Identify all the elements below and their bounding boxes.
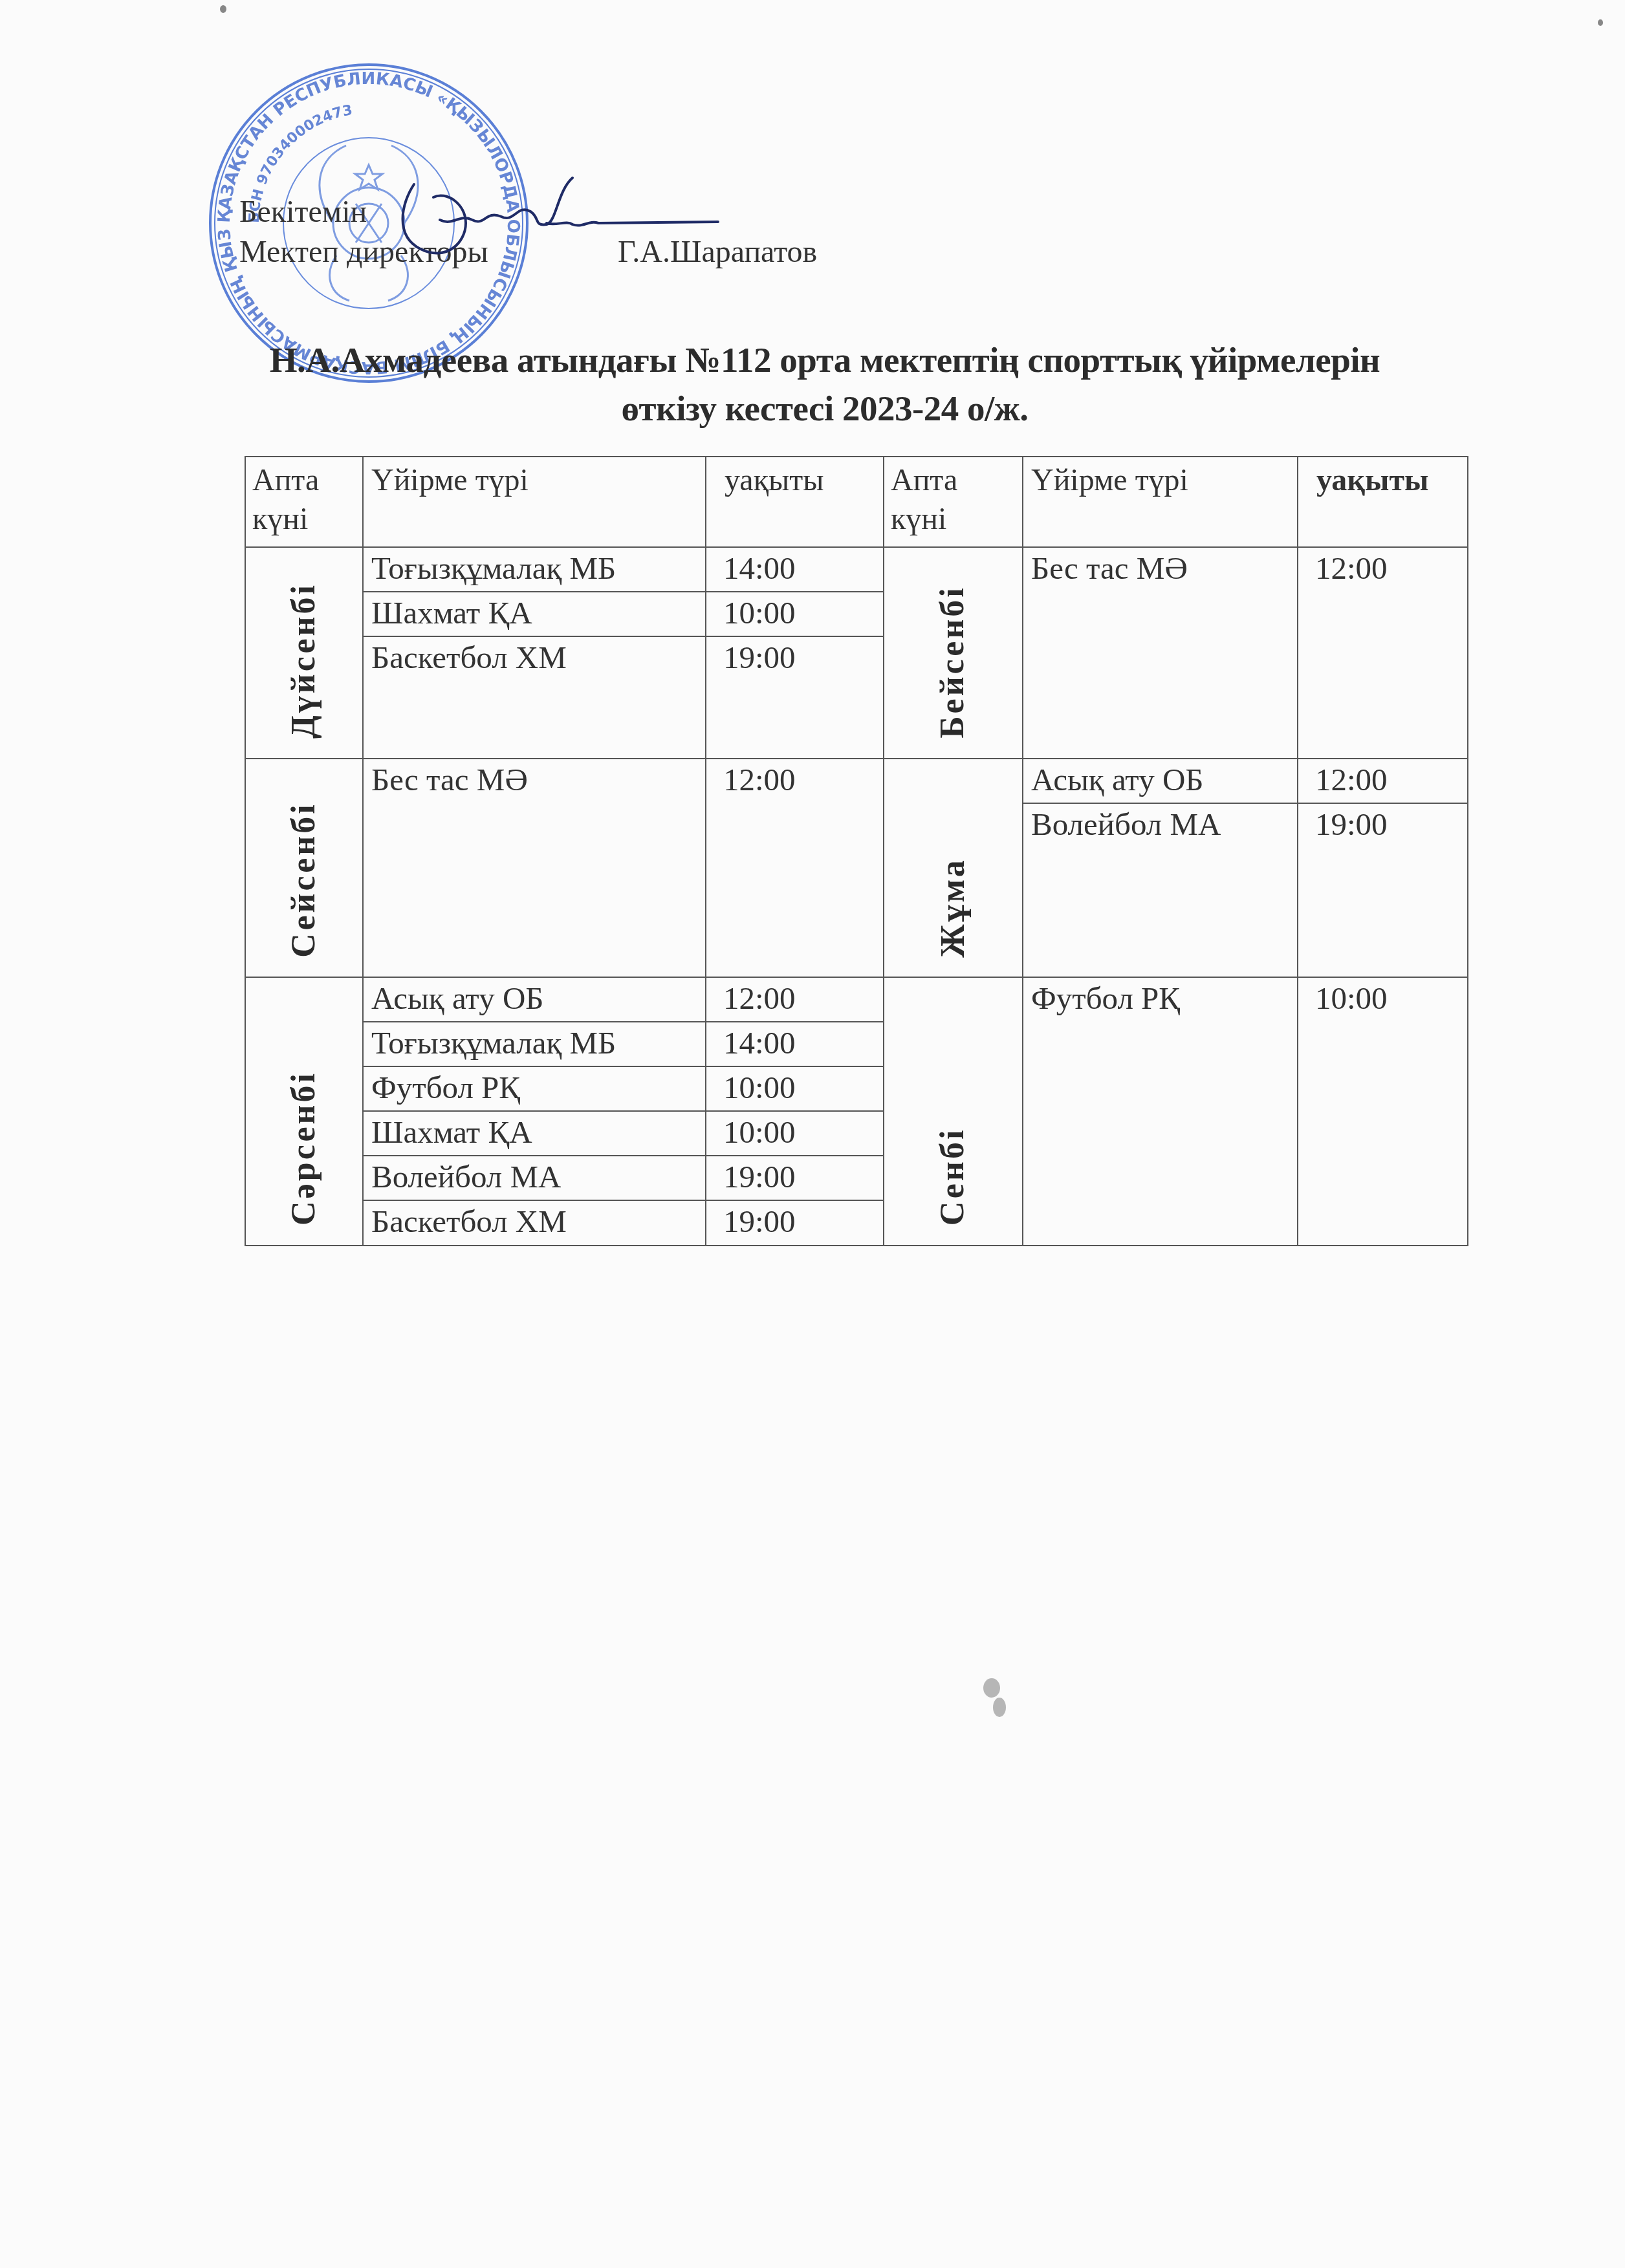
scan-speck [220,5,226,13]
table-rule [362,1110,884,1112]
header-day: Апта [891,461,957,500]
scan-speck [983,1678,1000,1698]
club-time: 10:00 [723,594,796,632]
table-rule [705,456,706,1246]
club-time: 10:00 [1315,979,1388,1018]
club-name: Асық ату ОБ [1031,761,1203,799]
club-time: 12:00 [723,761,796,799]
club-time: 14:00 [723,1024,796,1063]
club-name: Бес тас МӘ [371,761,528,799]
scan-speck [993,1698,1006,1717]
signature-icon [388,165,725,268]
club-name: Баскетбол ХМ [371,638,567,677]
table-rule [362,1200,884,1201]
club-name: Футбол РҚ [1031,979,1180,1018]
document-title-line2: өткізу кестесі 2023-24 о/ж. [194,388,1456,429]
club-name: Волейбол МА [1031,805,1221,844]
table-rule [362,1155,884,1156]
club-time: 19:00 [723,1158,796,1196]
club-time: 12:00 [1315,549,1388,588]
table-rule [883,1245,1468,1246]
club-time: 10:00 [723,1113,796,1152]
weekday-label: Дүйсенбі [284,583,322,739]
table-rule [883,977,1468,978]
weekday-label: Жұма [933,858,972,957]
weekday-label: Бейсенбі [933,585,972,739]
club-name: Шахмат ҚА [371,594,532,632]
weekday-label: Сейсенбі [285,802,323,957]
club-time: 19:00 [1315,805,1388,844]
table-rule [883,758,1468,759]
table-rule [245,456,246,1246]
header-day: Апта [252,461,319,500]
signature [388,165,725,268]
table-rule [1297,456,1298,1246]
club-name: Футбол РҚ [371,1068,520,1107]
document-page: { "approval": { "approve_label": "Бекіте… [0,0,1625,2268]
club-time: 12:00 [723,979,796,1018]
table-rule [362,636,884,637]
header-club: Үйірме түрі [371,461,529,500]
schedule-table: АптакүніҮйірме түріуақытыАптакүніҮйірме … [245,456,1467,1245]
table-rule [1022,456,1023,1246]
club-time: 10:00 [723,1068,796,1107]
club-name: Бес тас МӘ [1031,549,1188,588]
club-name: Баскетбол ХМ [371,1202,567,1241]
table-rule [883,456,884,1246]
table-rule [362,1021,884,1022]
table-rule [362,591,884,592]
club-name: Тоғызқұмалақ МБ [371,1024,616,1063]
header-club: Үйірме түрі [1031,461,1188,500]
club-time: 19:00 [723,638,796,677]
weekday-label: Сәрсенбі [284,1071,322,1226]
approve-label: Бекітемін [239,194,367,230]
weekday-label: Сенбі [933,1127,972,1226]
table-rule [245,1245,884,1246]
club-time: 14:00 [723,549,796,588]
table-rule [245,456,1468,457]
header-time: уақыты [725,461,823,500]
table-rule [245,758,884,759]
club-name: Шахмат ҚА [371,1113,532,1152]
header-day: күні [891,500,946,539]
table-rule [362,1066,884,1067]
header-time: уақыты [1316,461,1429,500]
table-rule [1022,803,1468,804]
club-time: 19:00 [723,1202,796,1241]
table-rule [245,546,1468,548]
club-name: Асық ату ОБ [371,979,543,1018]
scan-speck [1598,19,1603,26]
header-day: күні [252,500,308,539]
table-rule [245,977,884,978]
club-name: Волейбол МА [371,1158,561,1196]
table-rule [362,456,364,1246]
table-rule [1467,456,1468,1246]
club-time: 12:00 [1315,761,1388,799]
document-title-line1: Н.А.Ахмадеева атындағы №112 орта мектепт… [194,340,1456,380]
club-name: Тоғызқұмалақ МБ [371,549,616,588]
